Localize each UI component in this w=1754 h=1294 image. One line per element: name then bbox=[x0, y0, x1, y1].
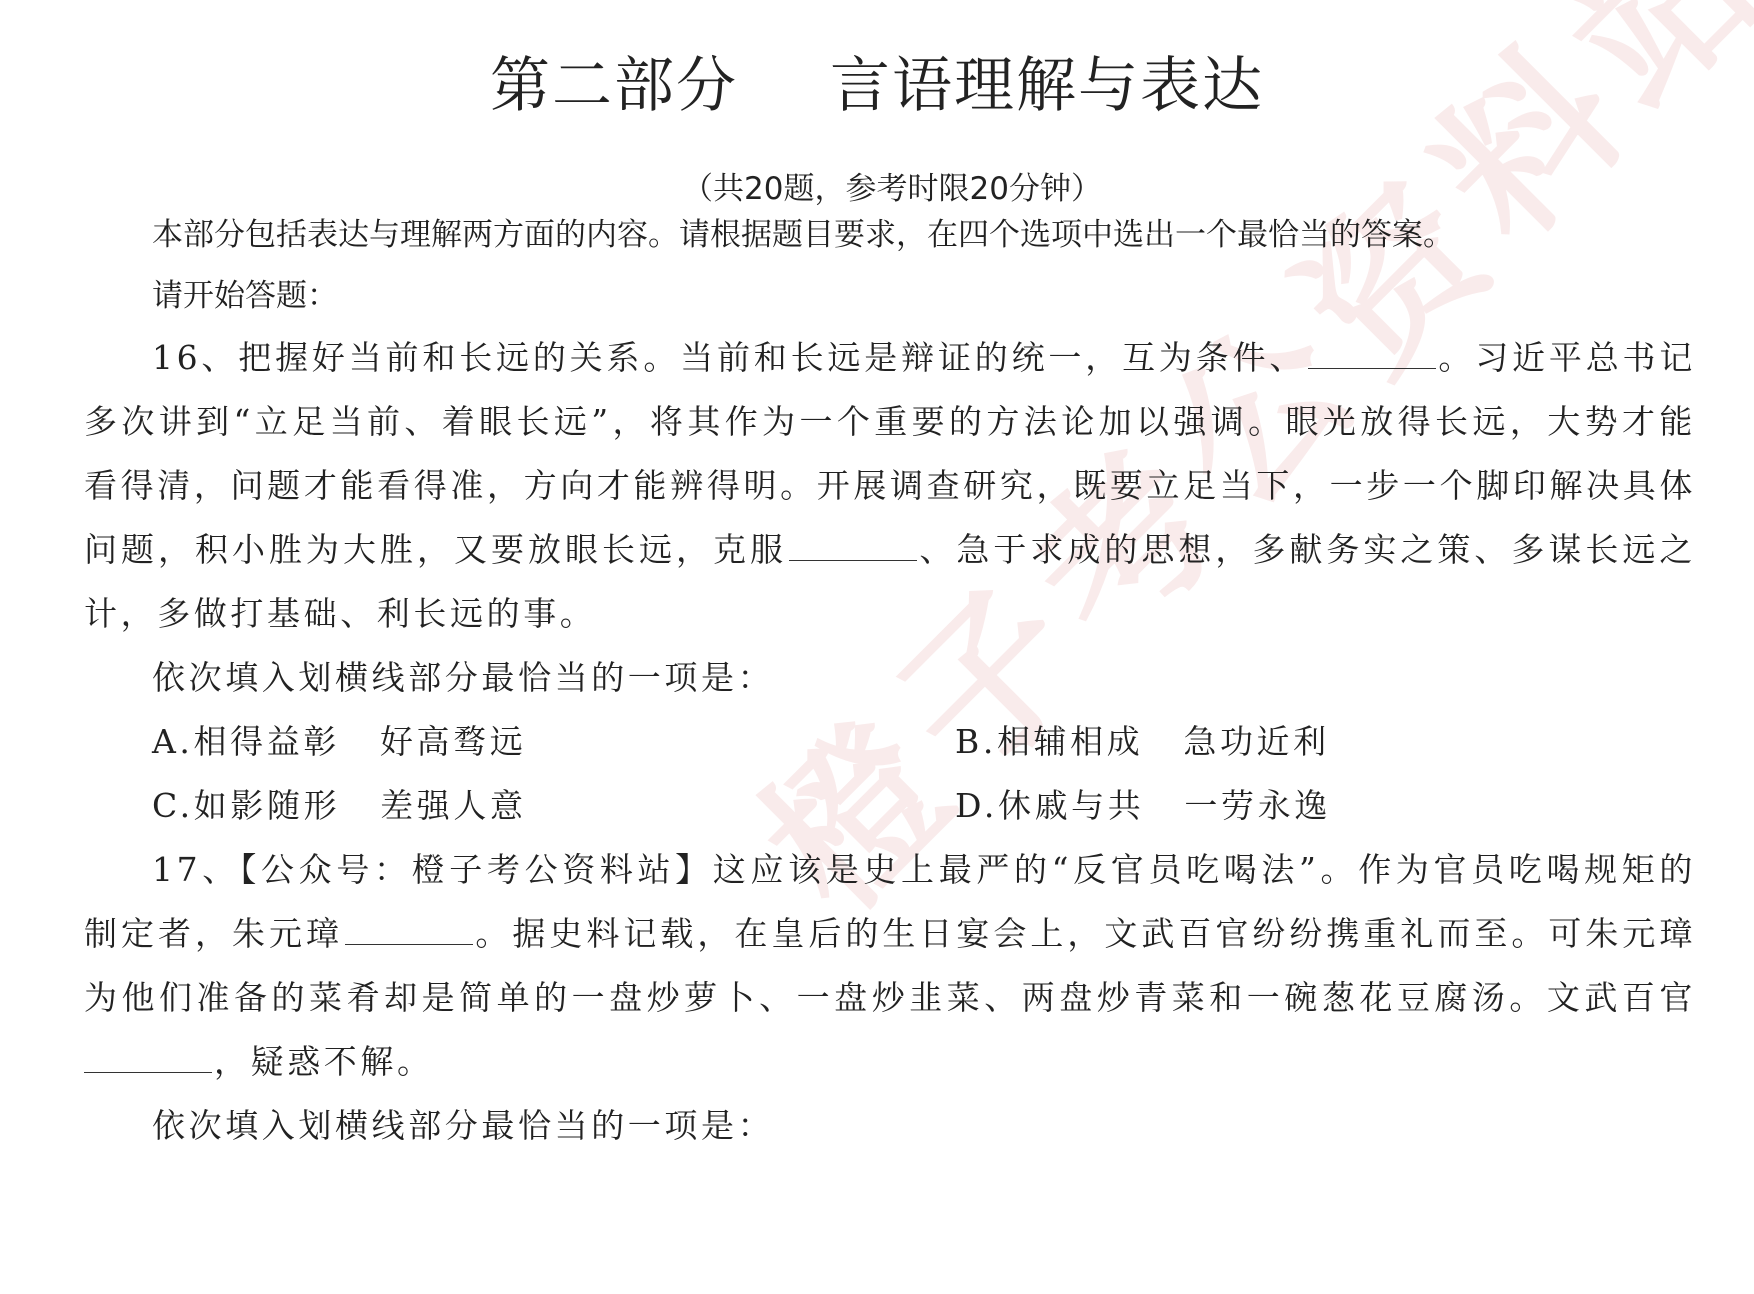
q16-line-2: 多次讲到“立足当前、着眼长远”，将其作为一个重要的方法论加以强调。眼光放得长远，… bbox=[84, 396, 1696, 443]
answer-blank bbox=[1308, 338, 1436, 369]
answer-blank bbox=[789, 530, 917, 561]
q17-line-4: ，疑惑不解。 bbox=[84, 1036, 1696, 1083]
section-title: 第二部分言语理解与表达 bbox=[0, 38, 1754, 124]
q17-line-2: 制定者，朱元璋。据史料记载，在皇后的生日宴会上，文武百官纷纷携重礼而至。可朱元璋 bbox=[84, 908, 1696, 955]
q16-line-4: 问题，积小胜为大胜，又要放眼长远，克服、急于求成的思想，多献务实之策、多谋长远之 bbox=[84, 524, 1696, 571]
q16-line-3: 看得清，问题才能看得准，方向才能辨得明。开展调查研究，既要立足当下，一步一个脚印… bbox=[84, 460, 1696, 507]
section-name: 言语理解与表达 bbox=[830, 51, 1264, 121]
q16-line-5: 计，多做打基础、利长远的事。 bbox=[84, 588, 1696, 635]
q16-option-d[interactable]: D.休戚与共一劳永逸 bbox=[955, 780, 1331, 827]
instructions-line-1: 本部分包括表达与理解两方面的内容。请根据题目要求，在四个选项中选出一个最恰当的答… bbox=[152, 209, 1454, 254]
answer-blank bbox=[84, 1042, 212, 1073]
instructions-line-2: 请开始答题： bbox=[152, 270, 338, 315]
q17-line-3: 为他们准备的菜肴却是简单的一盘炒萝卜、一盘炒韭菜、两盘炒青菜和一碗葱花豆腐汤。文… bbox=[84, 972, 1696, 1019]
q16-option-a[interactable]: A.相得益彰好高骛远 bbox=[152, 716, 526, 763]
part-label: 第二部分 bbox=[490, 51, 738, 121]
q16-option-c[interactable]: C.如影随形差强人意 bbox=[152, 780, 527, 827]
section-subtitle: （共20题，参考时限20分钟） bbox=[0, 163, 1754, 208]
q17-line-1: 17、【公众号：橙子考公资料站】这应该是史上最严的“反官员吃喝法”。作为官员吃喝… bbox=[152, 844, 1696, 891]
q16-option-b[interactable]: B.相辅相成急功近利 bbox=[955, 716, 1330, 763]
q17-prompt: 依次填入划横线部分最恰当的一项是： bbox=[152, 1100, 1696, 1147]
q16-line-1: 16、把握好当前和长远的关系。当前和长远是辩证的统一，互为条件、。习近平总书记 bbox=[152, 332, 1696, 379]
q16-prompt: 依次填入划横线部分最恰当的一项是： bbox=[152, 652, 1696, 699]
exam-page: 橙子考公资料站 第二部分言语理解与表达 （共20题，参考时限20分钟） 本部分包… bbox=[0, 0, 1754, 1294]
answer-blank bbox=[345, 914, 473, 945]
